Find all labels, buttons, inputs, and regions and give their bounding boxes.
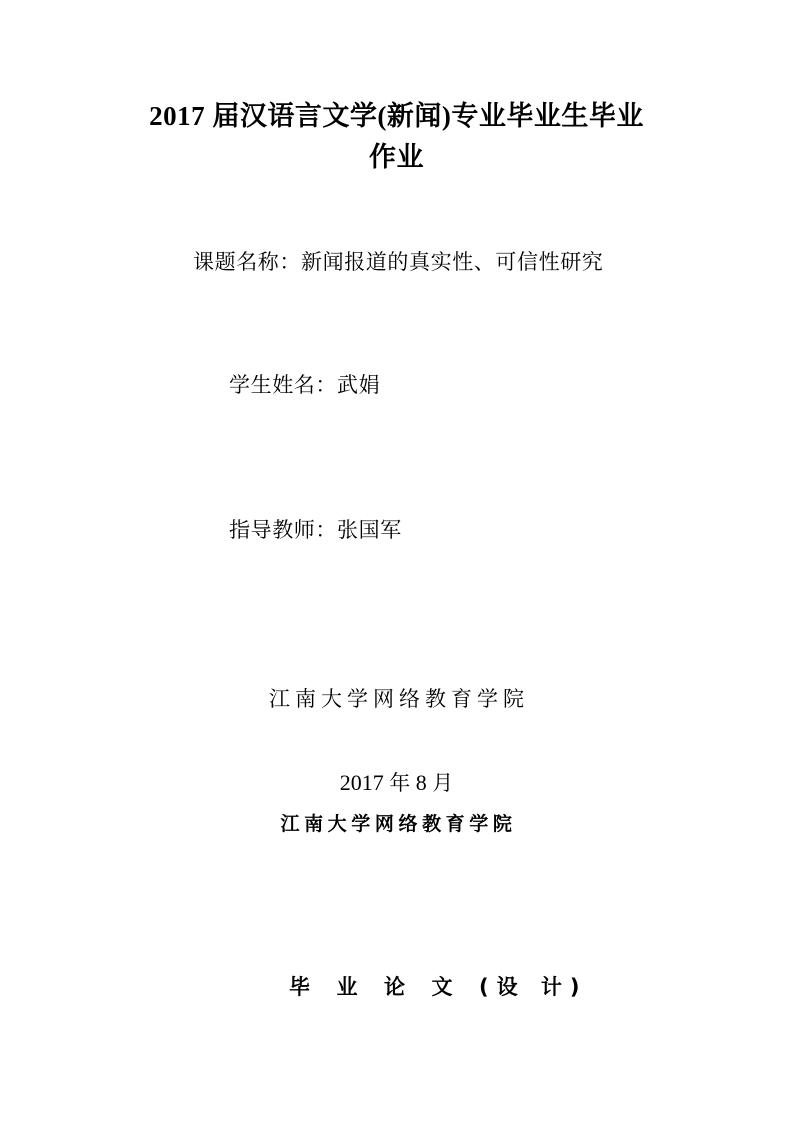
thesis-heading-char: 论	[384, 977, 432, 998]
document-title-line-2: 作业	[0, 144, 793, 171]
date-month: 8	[416, 770, 427, 795]
thesis-heading: 毕 业 论 文 (设 计)	[289, 977, 588, 998]
thesis-heading-char: 业	[337, 977, 385, 998]
student-value: 武娟	[337, 373, 380, 397]
subject-label: 课题名称：	[193, 250, 301, 274]
student-label: 学生姓名：	[229, 373, 337, 397]
institution-name: 江南大学网络教育学院	[0, 689, 793, 710]
subject-value: 新闻报道的真实性、可信性研究	[301, 250, 603, 274]
document-title-line-1: 2017 届汉语言文学(新闻)专业毕业生毕业	[0, 103, 793, 130]
advisor-label: 指导教师：	[229, 518, 337, 542]
institution-name-bold: 江南大学网络教育学院	[0, 815, 793, 834]
date-year-unit: 年	[389, 771, 410, 795]
date-year: 2017	[340, 770, 384, 795]
thesis-heading-char: 毕	[289, 977, 337, 998]
thesis-heading-char: 文	[432, 977, 480, 998]
advisor-field: 指导教师：张国军	[229, 520, 402, 541]
date-month-unit: 月	[432, 771, 453, 795]
document-date: 2017 年 8 月	[0, 772, 793, 794]
student-field: 学生姓名：武娟	[229, 375, 380, 396]
subject-field: 课题名称：新闻报道的真实性、可信性研究	[193, 252, 603, 273]
thesis-heading-suffix: (设 计)	[479, 977, 588, 998]
advisor-value: 张国军	[337, 518, 402, 542]
